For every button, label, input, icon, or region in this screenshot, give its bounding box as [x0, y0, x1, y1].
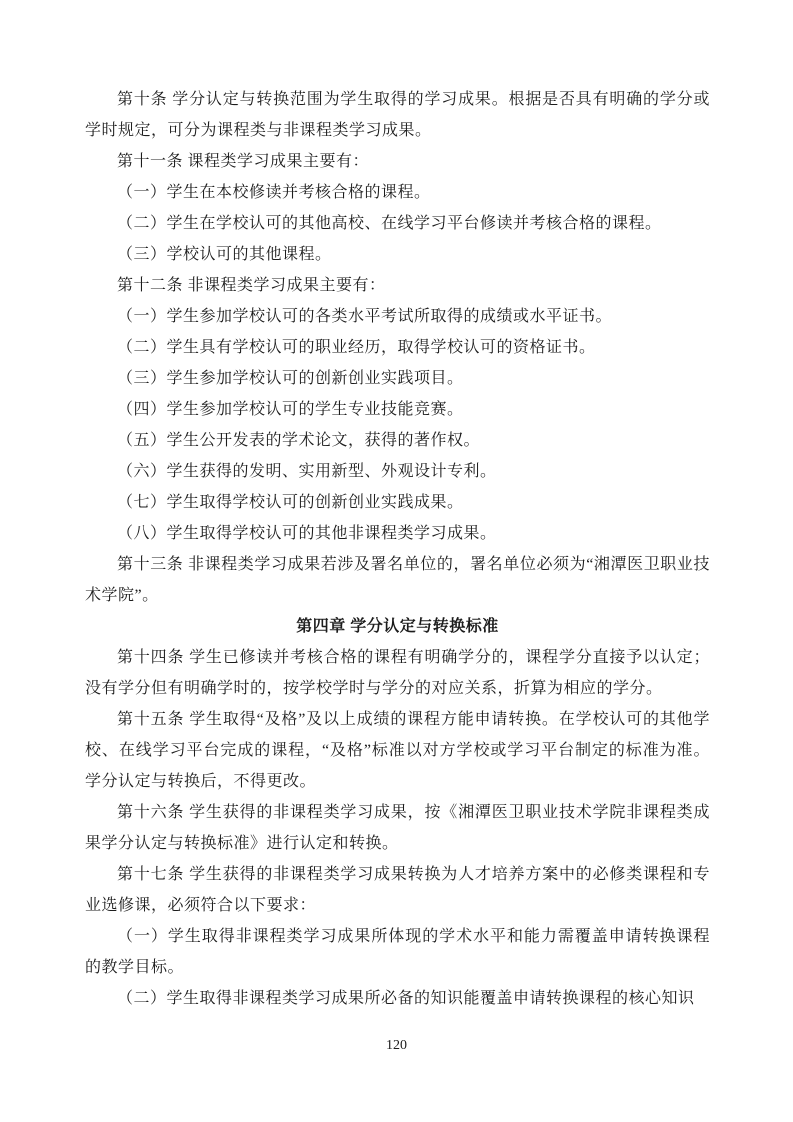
paragraph: （一）学生在本校修读并考核合格的课程。	[85, 177, 710, 208]
paragraph: 第十一条 课程类学习成果主要有：	[85, 146, 710, 177]
paragraph: 第十七条 学生获得的非课程类学习成果转换为人才培养方案中的必修类课程和专业选修课…	[85, 859, 710, 921]
paragraph: （二）学生具有学校认可的职业经历，取得学校认可的资格证书。	[85, 332, 710, 363]
paragraph: （七）学生取得学校认可的创新创业实践成果。	[85, 487, 710, 518]
chapter-heading: 第四章 学分认定与转换标准	[85, 611, 710, 642]
paragraph: （四）学生参加学校认可的学生专业技能竞赛。	[85, 394, 710, 425]
paragraph: 第十六条 学生获得的非课程类学习成果，按《湘潭医卫职业技术学院非课程类成果学分认…	[85, 797, 710, 859]
document-body: 第十条 学分认定与转换范围为学生取得的学习成果。根据是否具有明确的学分或学时规定…	[85, 84, 710, 1014]
paragraph: （五）学生公开发表的学术论文，获得的著作权。	[85, 425, 710, 456]
document-page: 第十条 学分认定与转换范围为学生取得的学习成果。根据是否具有明确的学分或学时规定…	[0, 0, 793, 1122]
paragraph: （八）学生取得学校认可的其他非课程类学习成果。	[85, 518, 710, 549]
paragraph: （三）学生参加学校认可的创新创业实践项目。	[85, 363, 710, 394]
paragraph: 第十三条 非课程类学习成果若涉及署名单位的，署名单位必须为“湘潭医卫职业技术学院…	[85, 549, 710, 611]
paragraph: 第十二条 非课程类学习成果主要有：	[85, 270, 710, 301]
paragraph: 第十五条 学生取得“及格”及以上成绩的课程方能申请转换。在学校认可的其他学校、在…	[85, 704, 710, 797]
paragraph: （六）学生获得的发明、实用新型、外观设计专利。	[85, 456, 710, 487]
paragraph: （二）学生取得非课程类学习成果所必备的知识能覆盖申请转换课程的核心知识	[85, 983, 710, 1014]
paragraph: （二）学生在学校认可的其他高校、在线学习平台修读并考核合格的课程。	[85, 208, 710, 239]
page-number: 120	[0, 1038, 793, 1054]
paragraph: （一）学生参加学校认可的各类水平考试所取得的成绩或水平证书。	[85, 301, 710, 332]
paragraph: （三）学校认可的其他课程。	[85, 239, 710, 270]
paragraph: （一）学生取得非课程类学习成果所体现的学术水平和能力需覆盖申请转换课程的教学目标…	[85, 921, 710, 983]
paragraph: 第十条 学分认定与转换范围为学生取得的学习成果。根据是否具有明确的学分或学时规定…	[85, 84, 710, 146]
paragraph: 第十四条 学生已修读并考核合格的课程有明确学分的，课程学分直接予以认定；没有学分…	[85, 642, 710, 704]
